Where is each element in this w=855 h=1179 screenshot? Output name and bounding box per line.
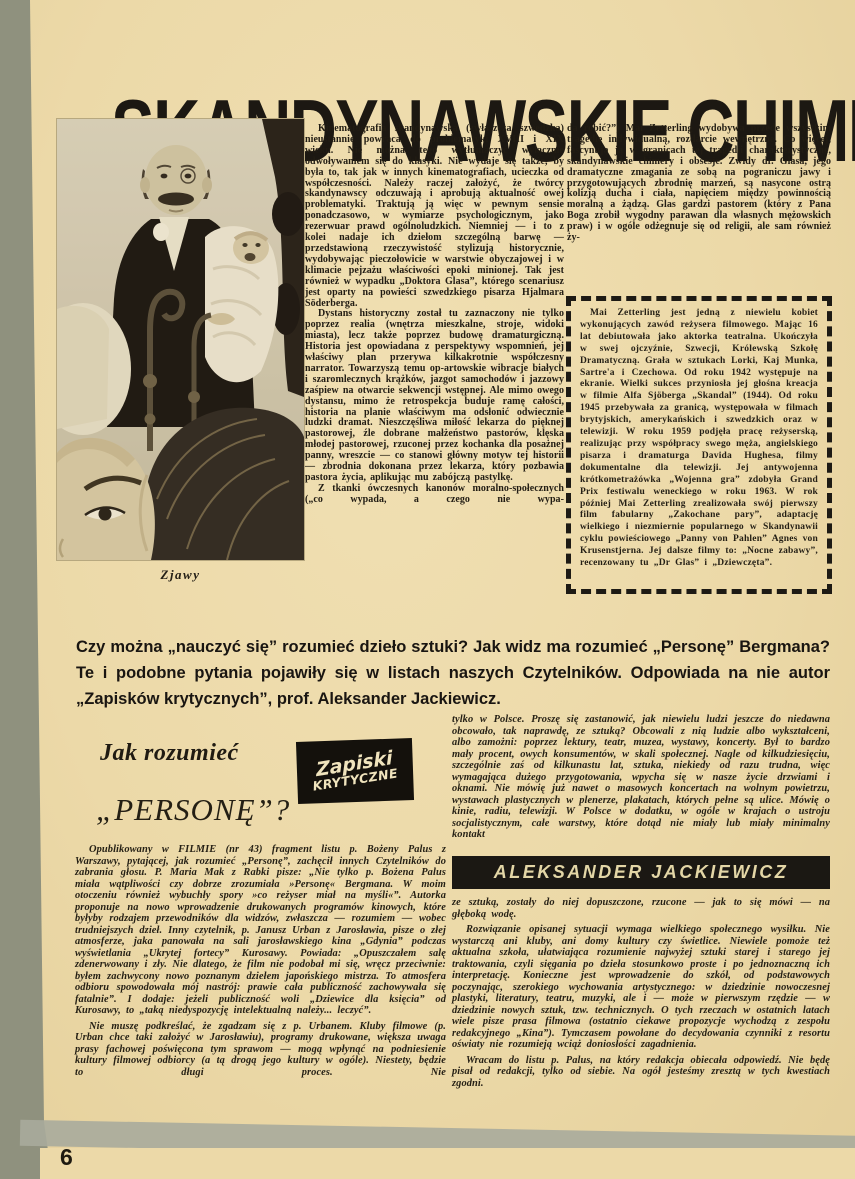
article2-paragraph: tylko w Polsce. Proszę się zastanowić, j… — [452, 714, 830, 841]
mai-zetterling-bio-box: Mai Zetterling jest jedną z niewielu kob… — [566, 296, 832, 594]
zapiski-krytyczne-logo: Zapiski KRYTYCZNE — [296, 738, 414, 804]
author-banner: ALEKSANDER JACKIEWICZ — [452, 856, 830, 889]
article2-paragraph: Opublikowany w FILMIE (nr 43) fragment l… — [75, 844, 446, 1017]
article2-right-column-top: tylko w Polsce. Proszę się zastanowić, j… — [452, 714, 830, 841]
article2-left-column: Opublikowany w FILMIE (nr 43) fragment l… — [75, 844, 446, 1078]
film-still-illustration — [57, 119, 304, 560]
page-number: 6 — [60, 1144, 73, 1171]
photo-caption: Zjawy — [57, 567, 304, 583]
article2-right-column-bottom: ze sztuką, zostały do niej dopuszczone, … — [452, 897, 830, 1093]
page-bottom-edge — [40, 1148, 855, 1179]
article1-paragraph: da robić?”) Mai Zetterling wydobywa prze… — [567, 124, 831, 244]
article1-column-2: da robić?”) Mai Zetterling wydobywa prze… — [567, 124, 831, 244]
article1-paragraph: Kinematografia skandynawska (zwłaszcza s… — [305, 124, 564, 309]
article1-paragraph: Dystans historyczny został tu zaznaczony… — [305, 309, 564, 484]
article2-intro: Czy można „nauczyć się” rozumieć dzieło … — [76, 634, 830, 712]
article1-paragraph: Z tkanki ówczesnych kanonów moralno-społ… — [305, 484, 564, 506]
bio-box-text: Mai Zetterling jest jedną z niewielu kob… — [580, 308, 818, 570]
article1-column-1: Kinematografia skandynawska (zwłaszcza s… — [305, 124, 564, 506]
article2-paragraph: Wracam do listu p. Palus, na który redak… — [452, 1055, 830, 1090]
article2-paragraph: Nie muszę podkreślać, że zgadzam się z p… — [75, 1021, 446, 1079]
article2-paragraph: ze sztuką, zostały do niej dopuszczone, … — [452, 897, 830, 920]
article2-title-line1: Jak rozumieć — [100, 740, 239, 767]
film-still-photo — [57, 119, 304, 560]
author-banner-text: ALEKSANDER JACKIEWICZ — [494, 862, 789, 883]
magazine-page: { "page": { "number": "6" }, "article1":… — [0, 0, 855, 1179]
article2-title-line2: „PERSONĘ”? — [96, 792, 290, 828]
article2-paragraph: Rozwiązanie opisanej sytuacji wymaga wie… — [452, 924, 830, 1051]
